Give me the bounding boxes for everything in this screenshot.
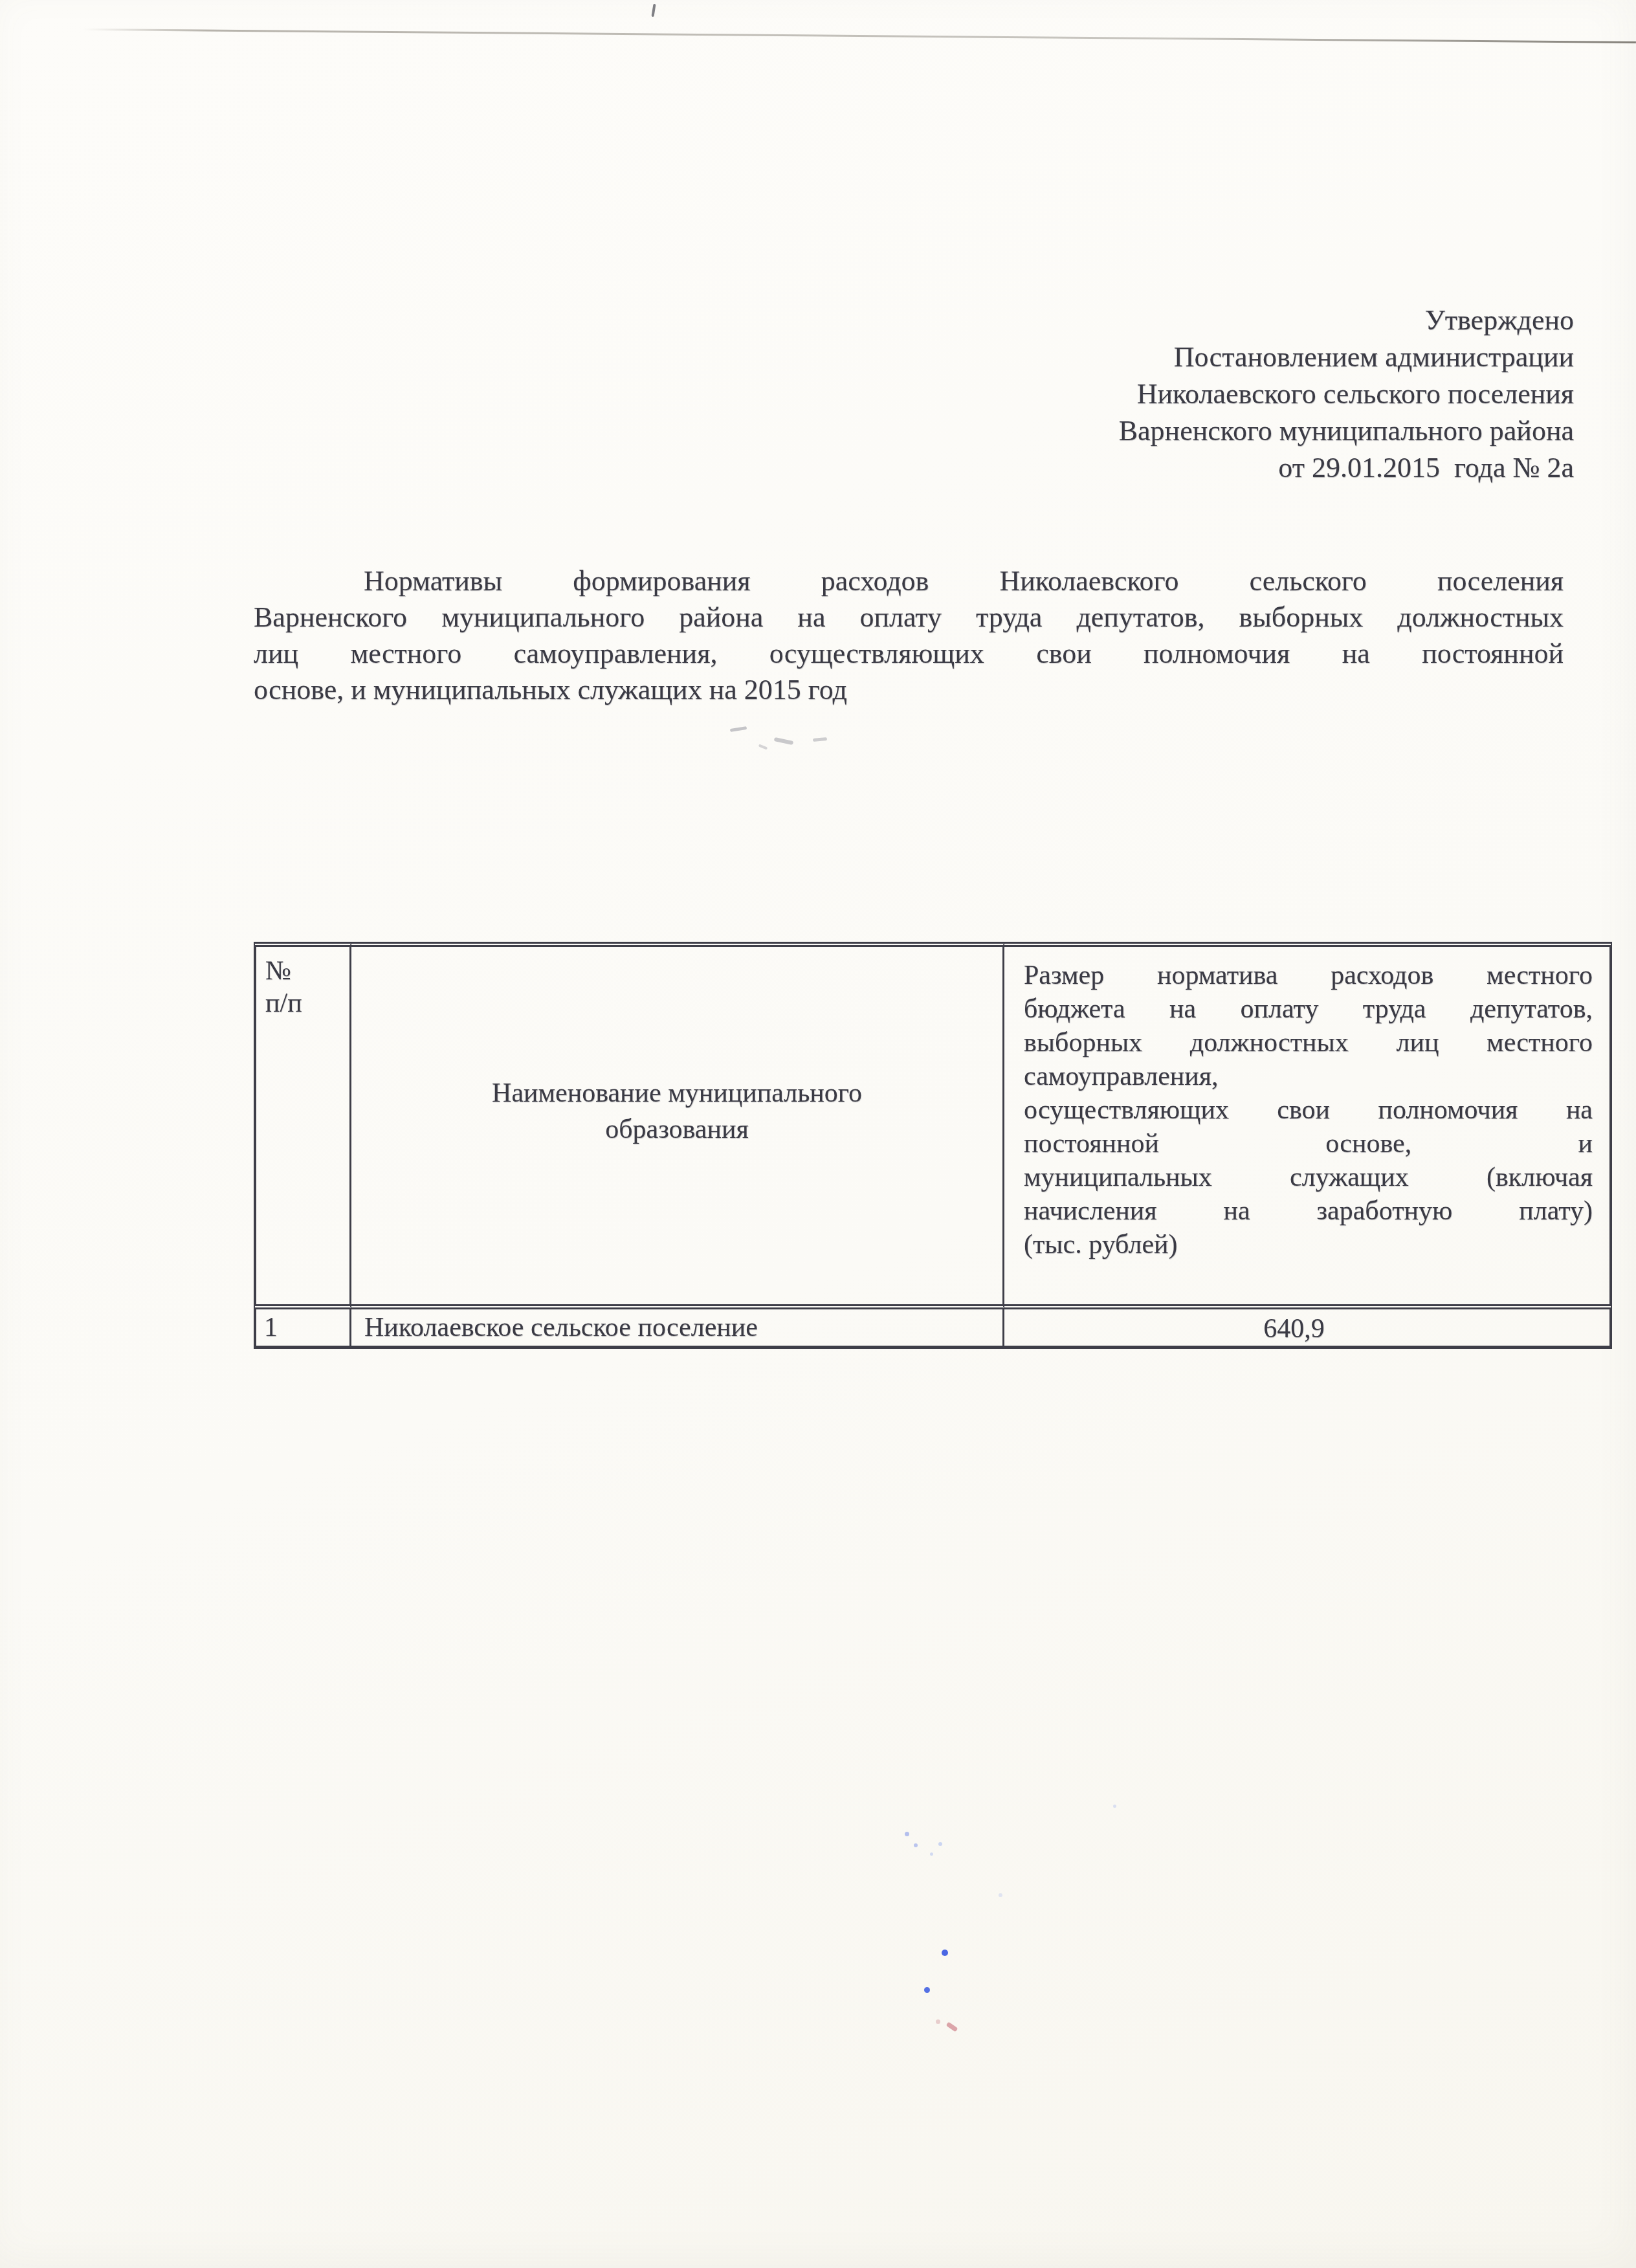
table-header-row: № п/п Наименование муниципального образо… [254, 942, 1612, 1309]
header-norm-line: начисления на заработную плату) [1024, 1194, 1593, 1228]
ink-speckle [942, 1950, 948, 1956]
pencil-smudge [813, 737, 827, 742]
ink-speckle [938, 1842, 942, 1846]
pencil-smudge [730, 726, 747, 732]
ink-speckle [930, 1852, 933, 1856]
row-value-cell: 640,9 [1004, 1309, 1612, 1349]
header-norm-line: (тыс. рублей) [1024, 1228, 1593, 1262]
approval-line: Варненского муниципального района [959, 412, 1574, 449]
norms-table: № п/п Наименование муниципального образо… [254, 942, 1612, 1349]
scan-line-artifact [83, 28, 1636, 43]
ink-speckle [914, 1843, 918, 1847]
approval-line: Николаевского сельского поселения [959, 375, 1574, 412]
scan-tick-artifact [651, 4, 656, 17]
title-line: лиц местного самоуправления, осуществляю… [254, 636, 1564, 672]
header-number-pp: п/п [265, 987, 349, 1019]
pencil-smudge [758, 744, 768, 750]
red-ink-speckle [936, 2019, 940, 2024]
header-norm-line: муниципальных служащих (включая [1024, 1161, 1593, 1194]
header-name-line: Наименование муниципального [352, 1075, 1002, 1111]
header-name-line: образования [352, 1111, 1002, 1148]
header-cell-number: № п/п [254, 942, 351, 1309]
row-number-cell: 1 [254, 1309, 351, 1349]
header-cell-municipality-name: Наименование муниципального образования [351, 942, 1004, 1309]
table-row: 1 Николаевское сельское поселение 640,9 [254, 1309, 1612, 1349]
ink-speckle [999, 1893, 1002, 1897]
title-line: Варненского муниципального района на опл… [254, 599, 1564, 636]
row-municipality-cell: Николаевское сельское поселение [351, 1309, 1004, 1349]
header-norm-line: постоянной основе, и [1024, 1127, 1593, 1161]
red-ink-speckle [946, 2021, 958, 2032]
approval-line: Постановлением администрации [959, 339, 1574, 375]
ink-speckle [924, 1987, 930, 1993]
pencil-smudge [774, 737, 794, 745]
header-number-sign: № [265, 955, 349, 987]
ink-speckle [1113, 1805, 1116, 1808]
header-norm-line: бюджета на оплату труда депутатов, [1024, 992, 1593, 1026]
header-norm-line: выборных должностных лиц местного [1024, 1026, 1593, 1060]
title-line: Нормативы формирования расходов Николаев… [254, 563, 1564, 599]
header-norm-line: самоуправления, [1024, 1060, 1593, 1093]
title-line: основе, и муниципальных служащих на 2015… [254, 672, 1564, 708]
header-cell-norm-size: Размер норматива расходов местного бюдже… [1004, 942, 1612, 1309]
document-title: Нормативы формирования расходов Николаев… [254, 563, 1564, 708]
ink-speckle [905, 1832, 909, 1836]
header-norm-line: осуществляющих свои полномочия на [1024, 1093, 1593, 1127]
scanned-document-page: Утверждено Постановлением администрации … [0, 0, 1636, 2268]
approval-block: Утверждено Постановлением администрации … [959, 302, 1574, 486]
header-norm-line: Размер норматива расходов местного [1024, 959, 1593, 992]
approval-line: Утверждено [959, 302, 1574, 339]
approval-line: от 29.01.2015 года № 2а [959, 449, 1574, 486]
